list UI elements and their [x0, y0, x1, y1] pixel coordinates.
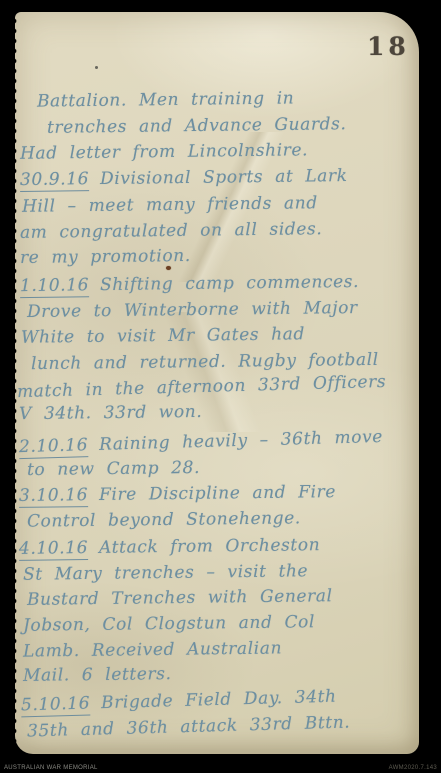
entry-text: Drove to Winterborne with Major: [27, 298, 358, 322]
diary-line: Battalion. Men training in: [37, 88, 294, 111]
diary-line: V 34th. 33rd won.: [19, 402, 203, 424]
diary-line: 5.10.16Brigade Field Day. 34th: [21, 687, 337, 718]
entry-text: Mail. 6 letters.: [23, 664, 172, 686]
entry-text: match in the afternoon 33rd Officers: [17, 372, 387, 402]
entry-text: White to visit Mr Gates had: [21, 324, 305, 347]
entry-date: 1.10.16: [20, 275, 89, 298]
diary-line: Had letter from Lincolnshire.: [20, 140, 308, 164]
entry-text: lunch and returned. Rugby football: [31, 350, 379, 374]
diary-paper-sheet: 18 Battalion. Men training in trenches a…: [15, 12, 419, 754]
archive-footer-reference: AWM2020.7.143: [389, 764, 437, 772]
archive-footer-institution: AUSTRALIAN WAR MEMORIAL: [4, 764, 98, 772]
diary-line: Drove to Winterborne with Major: [27, 298, 358, 322]
entry-text: Jobson, Col Clogstun and Col: [23, 612, 315, 636]
entry-text: Divisional Sports at Lark: [100, 166, 348, 189]
entry-text: Control beyond Stonehenge.: [27, 508, 301, 531]
diary-line: match in the afternoon 33rd Officers: [17, 372, 387, 402]
diary-line: Hill – meet many friends and: [22, 193, 318, 217]
diary-line: 2.10.16Raining heavily – 36th move: [19, 427, 384, 459]
entry-text: St Mary trenches – visit the: [23, 561, 308, 584]
entry-date: 4.10.16: [19, 538, 88, 561]
entry-text: Fire Discipline and Fire: [99, 482, 336, 505]
entry-text: am congratulated on all sides.: [20, 219, 323, 243]
entry-text: re my promotion.: [20, 246, 191, 268]
page-number-stamp: 18: [367, 32, 410, 61]
diary-line: 30.9.16Divisional Sports at Lark: [20, 166, 348, 192]
entry-text: Attack from Orcheston: [99, 535, 320, 558]
diary-line: Mail. 6 letters.: [23, 664, 172, 686]
ink-stain: [166, 266, 171, 270]
diary-line: 3.10.16Fire Discipline and Fire: [19, 482, 336, 508]
diary-line: 4.10.16Attack from Orcheston: [19, 535, 320, 561]
diary-line: Lamb. Received Australian: [23, 638, 282, 661]
entry-text: Bustard Trenches with General: [27, 586, 333, 610]
paper-speck: [95, 66, 98, 69]
entry-date: 5.10.16: [21, 693, 91, 717]
diary-line: am congratulated on all sides.: [20, 219, 323, 243]
entry-date: 30.9.16: [20, 169, 89, 192]
diary-line: re my promotion.: [20, 246, 191, 268]
entry-text: Brigade Field Day. 34th: [101, 687, 337, 714]
entry-text: Had letter from Lincolnshire.: [20, 140, 308, 164]
diary-line: Jobson, Col Clogstun and Col: [23, 612, 315, 636]
entry-text: trenches and Advance Guards.: [47, 114, 347, 138]
diary-line: 1.10.16Shifting camp commences.: [20, 272, 359, 298]
scanned-diary-page: 18 Battalion. Men training in trenches a…: [0, 0, 441, 773]
entry-date: 2.10.16: [19, 435, 89, 459]
entry-text: Battalion. Men training in: [37, 88, 294, 111]
diary-line: to new Camp 28.: [27, 458, 200, 480]
entry-date: 3.10.16: [19, 485, 88, 508]
diary-line: St Mary trenches – visit the: [23, 561, 308, 584]
diary-line: lunch and returned. Rugby football: [31, 350, 379, 374]
entry-text: Hill – meet many friends and: [22, 193, 318, 217]
diary-line: Control beyond Stonehenge.: [27, 508, 301, 531]
archive-footer: AUSTRALIAN WAR MEMORIAL AWM2020.7.143: [0, 764, 441, 772]
entry-text: Raining heavily – 36th move: [99, 427, 383, 455]
entry-text: to new Camp 28.: [27, 458, 200, 480]
diary-line: White to visit Mr Gates had: [21, 324, 305, 347]
entry-text: Shifting camp commences.: [100, 272, 359, 295]
entry-text: V 34th. 33rd won.: [19, 402, 203, 424]
diary-line: Bustard Trenches with General: [27, 586, 333, 610]
entry-text: Lamb. Received Australian: [23, 638, 282, 661]
diary-line: trenches and Advance Guards.: [47, 114, 347, 138]
entry-text: 35th and 36th attack 33rd Bttn.: [27, 712, 351, 741]
diary-line: 35th and 36th attack 33rd Bttn.: [27, 712, 351, 741]
